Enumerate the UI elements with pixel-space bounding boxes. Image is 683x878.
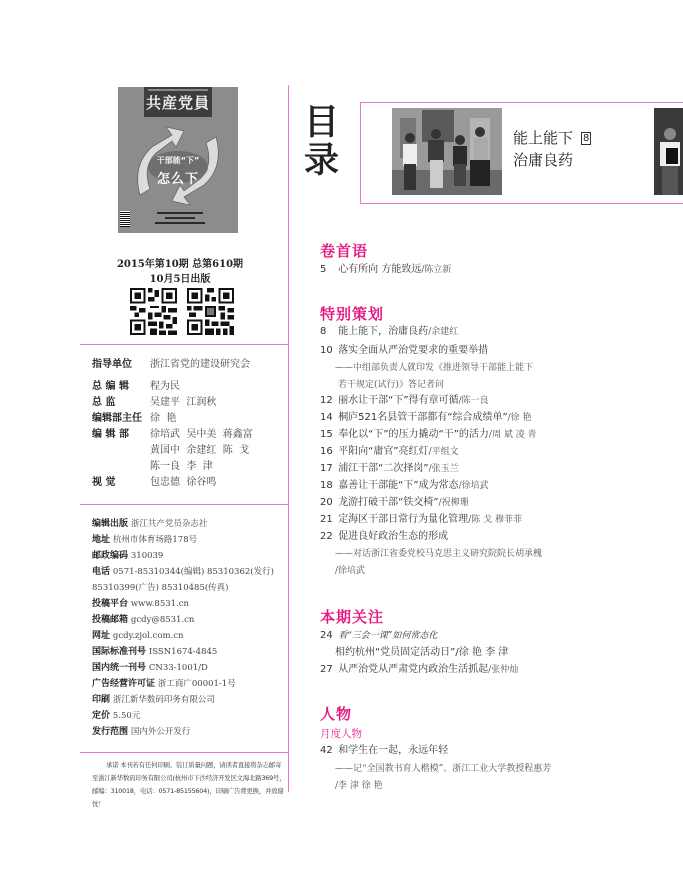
column-divider bbox=[288, 85, 289, 792]
info-row: 网址 gcdy.zjol.com.cn bbox=[92, 628, 288, 644]
toc-entry-author: /徐培武 bbox=[335, 563, 365, 579]
publication-info: 编辑出版 浙江共产党员杂志社 地址 杭州市体育场路178号 邮政编码 31003… bbox=[92, 516, 288, 740]
info-row: 发行范围 国内外公开发行 bbox=[92, 724, 288, 740]
toc-entry[interactable]: 42 和学生在一起，永远年轻 bbox=[320, 743, 448, 759]
feature-photo[interactable] bbox=[392, 108, 502, 195]
toc-entry-subtitle: 若干规定(试行)》答记者问 bbox=[338, 377, 444, 393]
info-row: 电话 0571-85310344(编辑) 85310362(发行) bbox=[92, 564, 288, 580]
toc-entry[interactable]: 5 心有所向 方能致远/陈立新 bbox=[320, 262, 451, 278]
toc-entry[interactable]: 10 落实全面从严治党要求的重要举措 bbox=[320, 343, 488, 359]
toc-entry[interactable]: 15 奉化以“下”的压力撬动“干”的活力/周 斌 凌 青 bbox=[320, 427, 537, 443]
section-heading: 特别策划 bbox=[320, 303, 384, 324]
cover-subtitles bbox=[154, 209, 206, 227]
staff-row: 指导单位浙江省党的建设研究会 bbox=[92, 357, 288, 373]
staff-row: 编辑部主任徐 艳 bbox=[92, 411, 288, 427]
toc-entry[interactable]: 8 能上能下，治庸良药/余建红 bbox=[320, 324, 458, 340]
toc-entry[interactable]: 12 丽水让干部“下”得有章可循/陈一良 bbox=[320, 393, 489, 409]
toc-entry-subtitle: 相约杭州“党员固定活动日”/徐 艳 李 津 bbox=[335, 645, 508, 661]
info-row: 地址 杭州市体育场路178号 bbox=[92, 532, 288, 548]
divider bbox=[80, 752, 289, 753]
divider bbox=[80, 344, 289, 345]
feature-photo[interactable] bbox=[654, 108, 683, 195]
toc-title: 目录 bbox=[304, 104, 344, 180]
toc-entry-subtitle: ——中组部负责人就印发《推进领导干部能上能下 bbox=[335, 360, 533, 376]
staff-list: 指导单位浙江省党的建设研究会 总 编 辑程为民 总 监吴建平 江润秋 编辑部主任… bbox=[92, 357, 288, 491]
toc-entry-author: /李 津 徐 艳 bbox=[335, 778, 383, 794]
info-row: 广告经营许可证 浙工商广00001-1号 bbox=[92, 676, 288, 692]
toc-entry[interactable]: 17 浦江干部“二次择岗”/张玉兰 bbox=[320, 461, 459, 477]
toc-entry[interactable]: 16 平阳向“庸官”亮红灯/平组文 bbox=[320, 444, 459, 460]
toc-entry[interactable]: 18 嘉善让干部能“下”成为常态/徐培武 bbox=[320, 478, 489, 494]
info-row: 85310399(广告) 85310485(传真) bbox=[92, 580, 288, 596]
toc-entry[interactable]: 14 桐庐521名县管干部都有“综合成绩单”/徐 艳 bbox=[320, 410, 532, 426]
staff-row: 总 监吴建平 江润秋 bbox=[92, 395, 288, 411]
info-row: 邮政编码 310039 bbox=[92, 548, 288, 564]
toc-entry[interactable]: 27 从严治党从严肃党内政治生活抓起/张仲灿 bbox=[320, 662, 518, 678]
info-row: 印刷 浙江新华数码印务有限公司 bbox=[92, 692, 288, 708]
magazine-cover: 共産党員 干部能“下” 怎么下 bbox=[118, 87, 238, 233]
staff-row: 总 编 辑程为民 bbox=[92, 379, 288, 395]
page-number-badge: 8 bbox=[581, 132, 591, 145]
cover-headline: 干部能“下” 怎么下 bbox=[118, 155, 238, 187]
toc-entry[interactable]: 20 龙游打破干部“铁交椅”/祝柳珊 bbox=[320, 495, 469, 511]
toc-entry[interactable]: 22 促进良好政治生态的形成 bbox=[320, 529, 448, 545]
staff-row: 视 觉包忠德 徐谷鸣 bbox=[92, 475, 288, 491]
divider bbox=[80, 504, 289, 505]
subsection-heading: 月度人物 bbox=[320, 726, 362, 741]
staff-row: 陈一良 李 津 bbox=[92, 459, 288, 475]
feature-headline[interactable]: 能上能下8 治庸良药 bbox=[513, 127, 591, 171]
toc-entry[interactable]: 24 看“三会一课”如何常态化 bbox=[320, 628, 437, 644]
info-row: 国内统一刊号 CN33-1001/D bbox=[92, 660, 288, 676]
toc-entry[interactable]: 21 定海区干部日常行为量化管理/陈 戈 穆菲菲 bbox=[320, 512, 522, 528]
info-row: 投稿平台 www.8531.cn bbox=[92, 596, 288, 612]
qr-code-icon bbox=[187, 288, 234, 335]
info-row: 投稿邮箱 gcdy@8531.cn bbox=[92, 612, 288, 628]
toc-entry-subtitle: ——对话浙江省委党校马克思主义研究院院长胡承槐 bbox=[335, 546, 542, 562]
info-row: 国际标准刊号 ISSN1674-4845 bbox=[92, 644, 288, 660]
section-heading: 本期关注 bbox=[320, 606, 384, 627]
staff-row: 编 辑 部徐培武 吴中美 蒋鑫富 bbox=[92, 427, 288, 443]
print-quality-notice: 承诺 本刊若有任何印刷、装订质量问题，请读者直接将杂志邮寄至浙江新华数码印务有限… bbox=[92, 759, 286, 811]
cover-masthead: 共産党員 bbox=[144, 87, 212, 117]
section-heading: 卷首语 bbox=[320, 240, 368, 261]
toc-entry-subtitle: ——记“全国教书育人楷模”、浙江工业大学教授程惠芳 bbox=[335, 761, 551, 777]
info-row: 定价 5.50元 bbox=[92, 708, 288, 724]
section-heading: 人物 bbox=[320, 703, 352, 724]
staff-row: 黄国中 余建红 陈 戈 bbox=[92, 443, 288, 459]
issue-number: 2015年第10期 总第610期 bbox=[80, 255, 280, 270]
qr-code-icon bbox=[130, 288, 177, 335]
info-row: 编辑出版 浙江共产党员杂志社 bbox=[92, 516, 288, 532]
barcode bbox=[120, 211, 130, 227]
publish-date: 10月5日出版 bbox=[80, 270, 280, 285]
